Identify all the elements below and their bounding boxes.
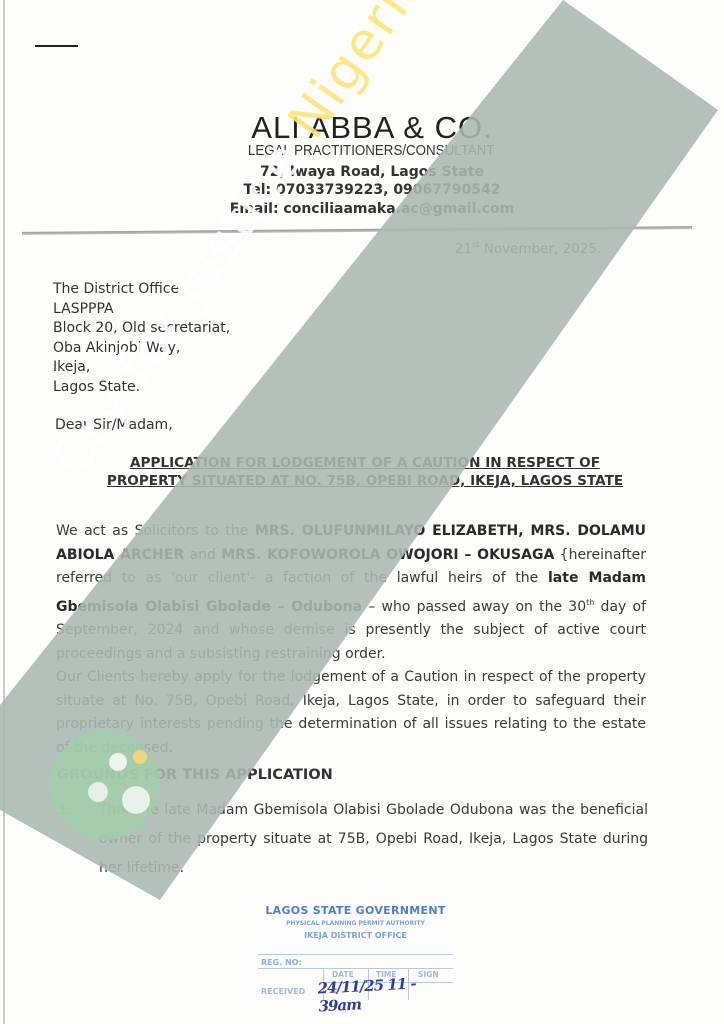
recipient-address: The District Office LASPPPA Block 20, Ol… bbox=[53, 280, 230, 397]
subject-heading: APPLICATION FOR LODGEMENT OF A CAUTION I… bbox=[0, 454, 724, 490]
stamp-office: IKEJA DISTRICT OFFICE bbox=[258, 931, 453, 940]
firm-telephone: Tel: 07033739223, 09067790542 bbox=[0, 182, 724, 198]
received-stamp: LAGOS STATE GOVERNMENT PHYSICAL PLANNING… bbox=[258, 904, 453, 1000]
recipient-line: Oba Akinjobi Way, bbox=[53, 339, 230, 359]
recipient-line: The District Office bbox=[53, 280, 230, 300]
firm-tagline: LEGAL PRACTITIONERS/CONSULTANT bbox=[29, 143, 695, 159]
watermark-text: Cry for Justice Nigeria bbox=[40, 0, 502, 487]
letter-date: 21st November, 2025. bbox=[455, 240, 601, 257]
firm-name: ALI ABBA & CO. bbox=[0, 110, 724, 146]
text-run: We act as Solicitors to the bbox=[56, 523, 255, 539]
subject-line-2: PROPERTY SITUATED AT NO. 75B, OPEBI ROAD… bbox=[6, 472, 724, 490]
salutation: Dear Sir/Madam, bbox=[55, 417, 173, 433]
paragraph-application: Our Clients hereby apply for the lodgeme… bbox=[56, 666, 646, 760]
item-text: That the late Madam Gbemisola Olabisi Gb… bbox=[99, 796, 648, 883]
stamp-government: LAGOS STATE GOVERNMENT bbox=[258, 904, 453, 917]
scan-mark bbox=[35, 45, 78, 47]
recipient-line: LASPPPA bbox=[53, 300, 230, 320]
page-edge-shadow bbox=[3, 0, 5, 1024]
stamp-reg-label: REG. NO: bbox=[261, 958, 302, 967]
date-suffix: st bbox=[472, 240, 479, 249]
firm-address: 72, Iwaya Road, Lagos State bbox=[0, 164, 724, 180]
stamp-rule bbox=[258, 954, 453, 955]
text-run: – who passed away on the 30 bbox=[362, 599, 586, 615]
recipient-line: Lagos State. bbox=[53, 378, 230, 398]
subject-line-1: APPLICATION FOR LODGEMENT OF A CAUTION I… bbox=[6, 454, 724, 472]
grounds-heading: GROUNDS FOR THIS APPLICATION bbox=[57, 767, 333, 783]
recipient-line: Block 20, Old secretariat, bbox=[53, 319, 230, 339]
stamp-authority: PHYSICAL PLANNING PERMIT AUTHORITY bbox=[258, 920, 453, 927]
text-run: and bbox=[184, 547, 221, 563]
letterhead-divider bbox=[22, 226, 692, 235]
scanned-letter-page: ALI ABBA & CO. LEGAL PRACTITIONERS/CONSU… bbox=[0, 0, 724, 1024]
stamp-received-label: RECEIVED bbox=[261, 987, 305, 996]
item-number: 1. bbox=[58, 796, 71, 825]
firm-email: Email: conciliaamaka.ac@gmail.com bbox=[0, 201, 724, 217]
stamp-rule bbox=[258, 968, 453, 969]
paragraph-clients: We act as Solicitors to the MRS. OLUFUNM… bbox=[56, 520, 646, 666]
date-day: 21 bbox=[455, 241, 472, 257]
handwritten-received-date: 24/11/25 11 - 39am bbox=[317, 972, 454, 1015]
recipient-line: Ikeja, bbox=[53, 358, 230, 378]
client-name-3: MRS. KOFOWOROLA OWOJORI – OKUSAGA bbox=[221, 547, 554, 563]
date-rest: November, 2025. bbox=[480, 241, 602, 257]
